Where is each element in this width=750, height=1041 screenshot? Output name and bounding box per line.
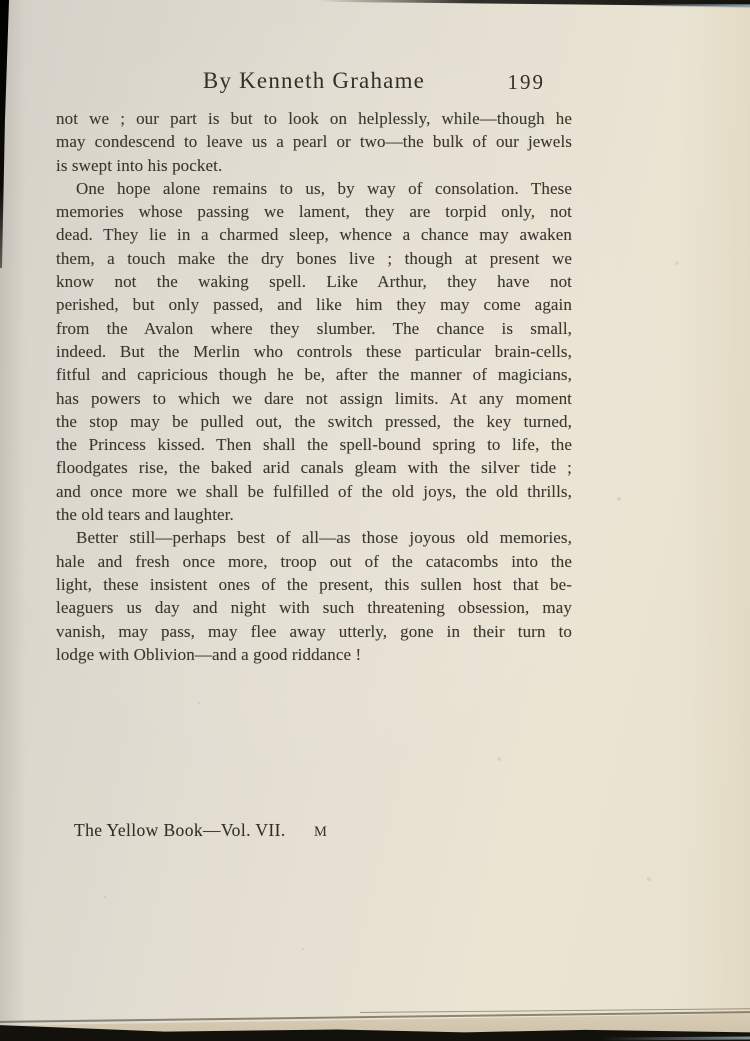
text-line: floodgates rise, the baked arid canals g… [56,456,572,479]
text-line: the stop may be pulled out, the switch p… [56,410,572,433]
text-line: fitful and capricious though he be, afte… [56,363,572,386]
text-line: them, a touch make the dry bones live ; … [56,247,572,270]
text-line: Better still—perhaps best of all—as thos… [56,526,572,549]
text-line: indeed. But the Merlin who controls thes… [56,340,572,363]
text-line: not we ; our part is but to look on help… [56,107,572,130]
page-header: By Kenneth Grahame 199 [56,68,572,102]
top-edge-highlight [640,4,750,8]
paragraph: not we ; our part is but to look on help… [56,107,572,177]
text-line: lodge with Oblivion—and a good riddance … [56,643,572,666]
text-line: may condescend to leave us a pearl or tw… [56,130,572,153]
page-footer: The Yellow Book—Vol. VII. M [74,820,328,841]
text-line: leaguers us day and night with such thre… [56,596,572,619]
fore-edge-tint [678,0,750,1041]
paragraph: One hope alone remains to us, by way of … [56,177,572,526]
book-page: By Kenneth Grahame 199 not we ; our part… [0,0,750,1041]
signature-mark: M [314,824,328,841]
page-number: 199 [508,70,546,95]
text-line: the Princess kissed. Then shall the spel… [56,433,572,456]
text-line: has powers to which we dare not assign l… [56,387,572,410]
running-title: By Kenneth Grahame [56,68,572,94]
text-block: not we ; our part is but to look on help… [56,107,572,666]
text-line: light, these insistent ones of the prese… [56,573,572,596]
volume-imprint: The Yellow Book—Vol. VII. [74,820,286,840]
text-line: from the Avalon where they slumber. The … [56,317,572,340]
text-line: know not the waking spell. Like Arthur, … [56,270,572,293]
text-line: the old tears and laughter. [56,503,572,526]
text-line: dead. They lie in a charmed sleep, whenc… [56,223,572,246]
text-line: hale and fresh once more, troop out of t… [56,550,572,573]
paragraph: Better still—perhaps best of all—as thos… [56,526,572,666]
text-line: vanish, may pass, may flee away utterly,… [56,620,572,643]
text-line: is swept into his pocket. [56,154,572,177]
text-line: perished, but only passed, and like him … [56,293,572,316]
text-line: memories whose passing we lament, they a… [56,200,572,223]
text-line: One hope alone remains to us, by way of … [56,177,572,200]
spine-edge-shadow [0,0,9,268]
text-line: and once more we shall be fulfilled of t… [56,480,572,503]
